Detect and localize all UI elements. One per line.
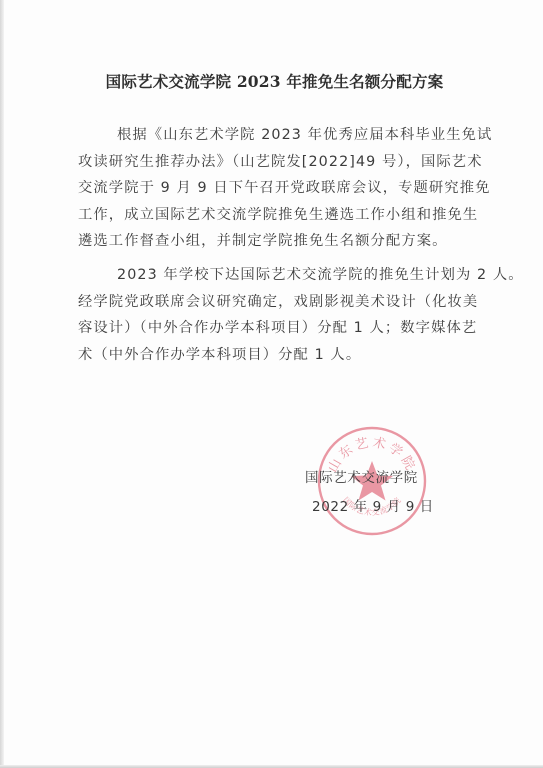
paragraph-line: 交流学院于 9 月 9 日下午召开党政联席会议，专题研究推免	[78, 175, 468, 202]
paragraph-line: 容设计）（中外合作办学本科项目）分配 1 人；数字媒体艺	[78, 315, 468, 342]
paragraph-line: 2023 年学校下达国际艺术交流学院的推免生计划为 2 人。	[78, 262, 468, 289]
paragraph-line: 术（中外合作办学本科项目）分配 1 人。	[78, 342, 468, 369]
paragraph-line: 根据《山东艺术学院 2023 年优秀应届本科毕业生免试	[78, 122, 468, 149]
signature-department: 国际艺术交流学院	[305, 466, 418, 486]
scan-edge-left	[0, 0, 4, 768]
paragraph-line: 经学院党政联席会议研究确定，戏剧影视美术设计（化妆美	[78, 289, 468, 316]
paragraph-line: 攻读研究生推荐办法》（山艺院发[2022]49 号），国际艺术	[78, 149, 468, 176]
document-title: 国际艺术交流学院 2023 年推免生名额分配方案	[0, 70, 543, 92]
paragraph-line: 工作，成立国际艺术交流学院推免生遴选工作小组和推免生	[78, 202, 468, 229]
paragraph-line: 遴选工作督查小组，并制定学院推免生名额分配方案。	[78, 228, 468, 255]
paragraph-2: 2023 年学校下达国际艺术交流学院的推免生计划为 2 人。 经学院党政联席会议…	[78, 262, 468, 368]
signature-date: 2022 年 9 月 9 日	[312, 495, 434, 515]
paragraph-1: 根据《山东艺术学院 2023 年优秀应届本科毕业生免试 攻读研究生推荐办法》（山…	[78, 122, 468, 255]
document-page: 国际艺术交流学院 2023 年推免生名额分配方案 根据《山东艺术学院 2023 …	[0, 0, 543, 768]
